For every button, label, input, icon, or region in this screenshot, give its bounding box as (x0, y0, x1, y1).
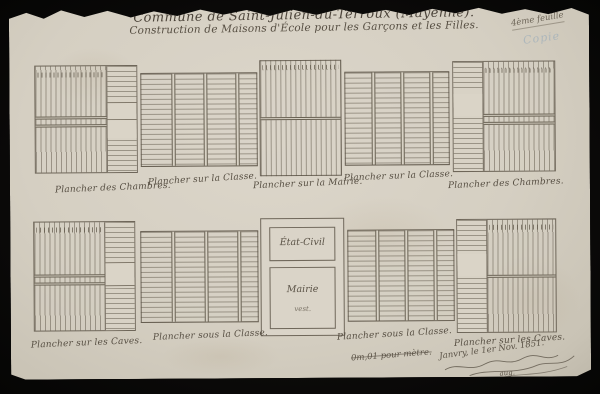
plan-label: Plancher des Chambres. (448, 176, 564, 191)
plan-chambres-left (34, 65, 138, 174)
room-mairie: Mairie vest. (269, 267, 335, 329)
stair-bay (106, 66, 137, 172)
stair-bay (453, 62, 484, 171)
signature-text: aug. (499, 368, 515, 377)
joist-ticks (37, 72, 104, 77)
joist-hatch (105, 222, 134, 260)
beam (261, 117, 341, 120)
joist-ticks (489, 224, 553, 229)
beam (404, 230, 409, 320)
plan-label: Plancher sur la Classe. (344, 169, 454, 183)
beam (36, 124, 107, 127)
room-sublabel: vest. (271, 305, 335, 313)
beam (375, 231, 380, 321)
beam (36, 116, 107, 119)
plan-label: Plancher sur la Classe. (148, 171, 258, 187)
joist-hatch (106, 288, 135, 330)
room-label: Mairie (271, 284, 335, 295)
beam (171, 232, 176, 322)
plan-classe-bottom-left (140, 230, 259, 323)
joist-ticks (36, 227, 102, 232)
stair-bay (104, 222, 135, 330)
joist-hatch (454, 118, 483, 171)
stair-bay (457, 220, 488, 332)
joist-hatch (108, 140, 137, 172)
beam (237, 231, 242, 321)
room-etat-civil: État-Civil (269, 227, 335, 261)
stair-opening (108, 120, 137, 138)
plan-label: Plancher sur les Caves. (31, 336, 143, 351)
beam (204, 232, 209, 322)
sheet-number-note: 4ème feuille (510, 10, 564, 30)
drawing-title: Commune de Saint-Julien-du-Terroux (Maye… (119, 5, 489, 37)
beam (171, 74, 176, 166)
mairie-floor-plan: État-Civil Mairie vest. (260, 218, 345, 337)
drawing-sheet: Commune de Saint-Julien-du-Terroux (Maye… (9, 4, 591, 380)
beam (235, 73, 240, 165)
plan-classe-top-left (140, 72, 258, 167)
plan-caves-right (456, 218, 557, 333)
plan-mairie-top (259, 60, 342, 176)
plan-classe-bottom-right (347, 229, 455, 322)
trimmer-box (105, 262, 134, 286)
joist-hatch (458, 278, 487, 332)
scale-note: 0m,01 pour mètre. (351, 347, 432, 363)
joist-hatch (107, 66, 136, 100)
paper-stain (161, 336, 281, 377)
room-label: État-Civil (270, 237, 334, 248)
joist-ticks (262, 65, 338, 70)
plan-chambres-right (452, 60, 556, 172)
beam (371, 73, 376, 165)
beam (400, 72, 405, 164)
beam (35, 282, 105, 285)
joist-hatch (453, 62, 482, 92)
joist-ticks (485, 67, 552, 72)
plan-caves-left (33, 221, 136, 332)
beam (484, 121, 555, 124)
plan-label: Plancher sous la Classe. (337, 326, 453, 343)
copy-stamp: Copie (522, 29, 560, 47)
plan-classe-top-right (344, 71, 450, 166)
beam (484, 113, 555, 116)
plan-label: Plancher sous la Classe. (153, 328, 269, 343)
trimmer-box (107, 102, 136, 120)
joist-hatch (457, 220, 486, 252)
stair-opening (453, 94, 482, 116)
beam (203, 74, 208, 166)
stair-opening (457, 254, 486, 276)
beam (433, 230, 438, 320)
beam (34, 274, 104, 277)
beam (429, 72, 434, 164)
